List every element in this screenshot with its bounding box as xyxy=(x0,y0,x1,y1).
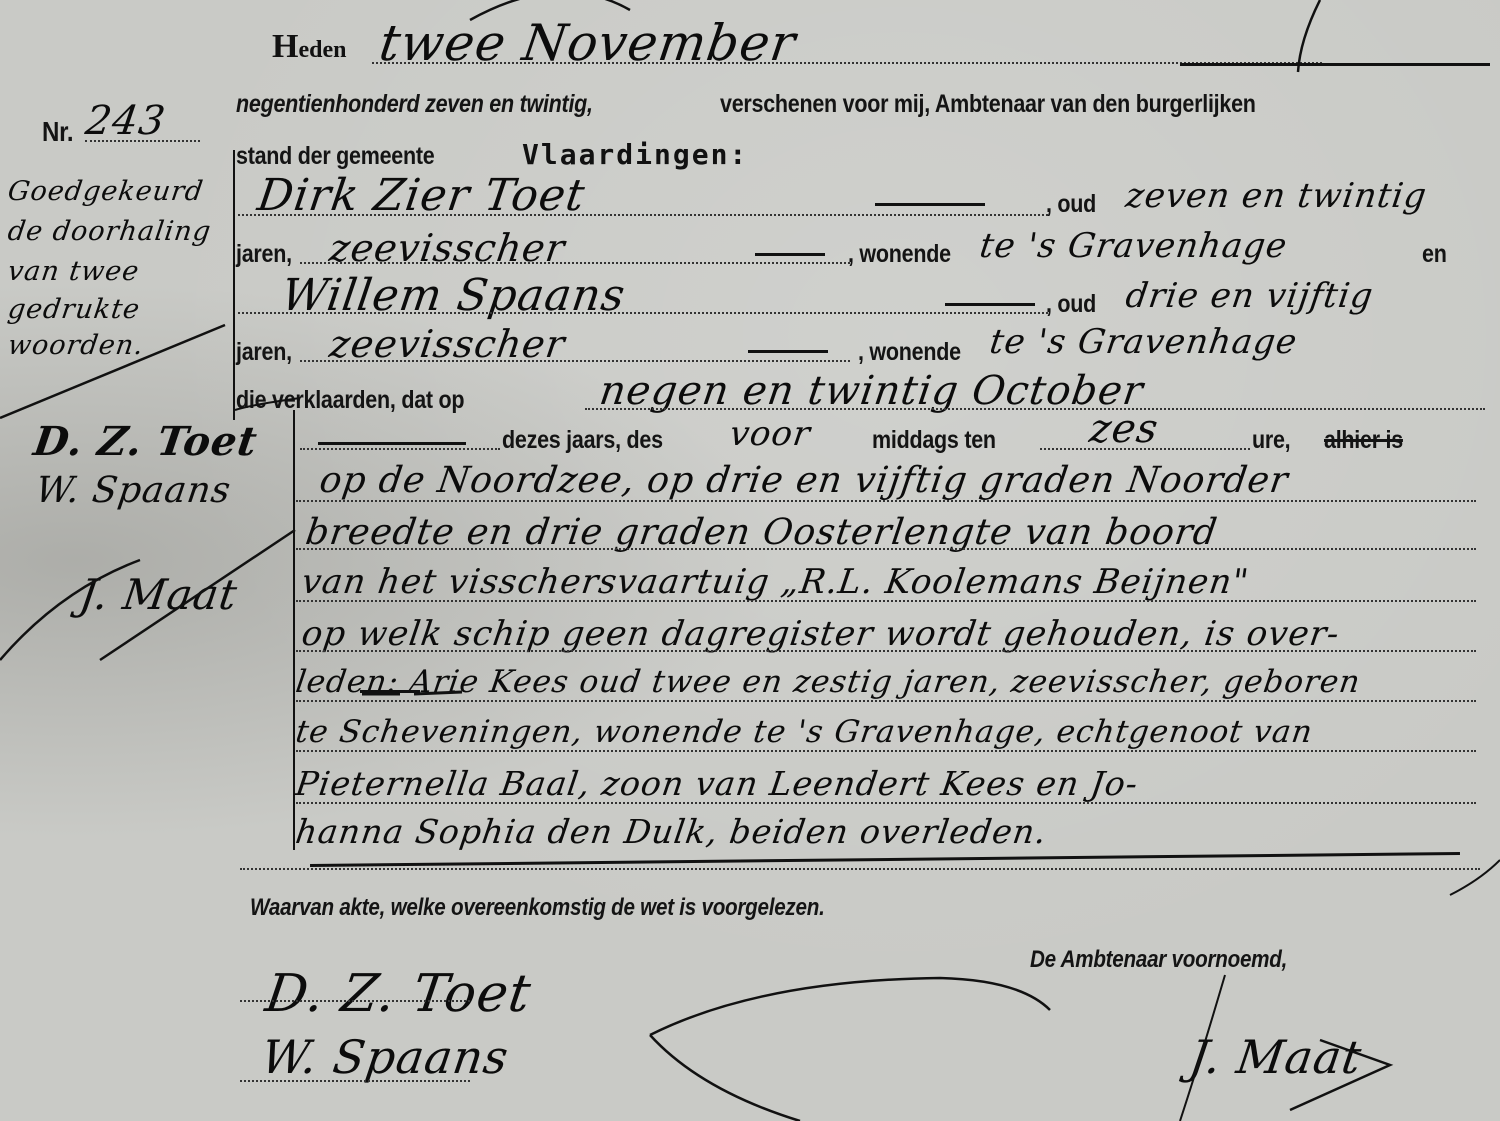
dotline xyxy=(300,262,850,264)
declarant-2-age: drie en vijftig xyxy=(1123,276,1376,316)
body-line: op de Noordzee, op drie en vijftig grade… xyxy=(317,460,1291,501)
printed-text: die verklaarden, dat op xyxy=(236,386,464,415)
margin-note-line: Goedgekeurd xyxy=(5,172,214,212)
year-printed: negentienhonderd zeven en twintig, xyxy=(236,90,593,119)
margin-note-line: gedrukte xyxy=(5,292,213,328)
body-line: op welk schip geen dagregister wordt geh… xyxy=(299,614,1342,654)
body-line: breedte en drie graden Oosterlengte van … xyxy=(303,512,1220,553)
death-hour: zes xyxy=(1087,406,1162,452)
declarant-1-age: zeven en twintig xyxy=(1123,176,1429,216)
parents-line: hanna Sophia den Dulk, beiden overleden. xyxy=(293,812,1049,851)
time-of-day: voor xyxy=(727,414,813,454)
vessel-line: van het visschersvaartuig „R.L. Kooleman… xyxy=(299,562,1251,602)
printed-text: dezes jaars, des xyxy=(502,426,663,455)
printed-text: en xyxy=(1422,240,1447,269)
margin-signature-toet: D. Z. Toet xyxy=(31,418,261,465)
record-number-label: Nr. xyxy=(42,116,73,148)
closing-rule xyxy=(310,852,1460,867)
heden-label: Heden xyxy=(272,28,346,66)
signature-spaans: W. Spaans xyxy=(258,1030,512,1084)
declarant-2-residence: te 's Gravenhage xyxy=(987,322,1300,362)
margin-note-line: woorden. xyxy=(5,328,213,364)
margin-bracket-line xyxy=(233,150,235,420)
dotline xyxy=(296,650,1476,652)
fill-rule xyxy=(945,303,1035,306)
dotline xyxy=(300,360,850,362)
margin-signature-maat: J. Maat xyxy=(77,570,241,619)
signature-toet: D. Z. Toet xyxy=(262,964,535,1024)
fill-rule xyxy=(318,442,466,445)
official-label: De Ambtenaar voornoemd, xyxy=(1030,946,1287,974)
municipality: Vlaardingen: xyxy=(522,138,748,171)
name-underline xyxy=(360,690,420,693)
printed-text: jaren, xyxy=(236,240,292,269)
dotline xyxy=(296,802,1476,804)
fill-rule xyxy=(875,203,985,206)
printed-text: ure, xyxy=(1252,426,1290,455)
margin-note-line: van twee xyxy=(5,252,214,292)
printed-text: jaren, xyxy=(236,338,292,367)
fill-rule xyxy=(755,253,825,256)
signature-dotline xyxy=(240,1080,470,1082)
dotline xyxy=(238,312,1048,314)
struck-printed-words: alhier is xyxy=(1324,426,1403,455)
dotline xyxy=(296,750,1476,752)
dotline xyxy=(240,868,1480,870)
margin-bracket-line xyxy=(293,410,295,850)
deceased-line: leden: Arie Kees oud twee en zestig jare… xyxy=(293,664,1362,700)
parents-line: Pieternella Baal, zoon van Leendert Kees… xyxy=(293,764,1141,803)
margin-signature-spaans: W. Spaans xyxy=(33,470,234,511)
body-line: te Scheveningen, wonende te 's Gravenhag… xyxy=(293,714,1315,750)
printed-text: stand der gemeente xyxy=(236,142,434,171)
dotline xyxy=(296,548,1476,550)
printed-text: , wonende xyxy=(848,240,951,269)
printed-text: , oud xyxy=(1046,290,1096,319)
fill-rule xyxy=(748,350,828,353)
signature-official: J. Maat xyxy=(1186,1030,1365,1084)
signature-dotline xyxy=(240,1000,470,1002)
printed-text: middags ten xyxy=(872,426,996,455)
printed-text: , wonende xyxy=(858,338,961,367)
fill-rule xyxy=(1180,63,1490,66)
declarant-1-residence: te 's Gravenhage xyxy=(977,226,1290,266)
margin-note: Goedgekeurd de doorhaling van twee gedru… xyxy=(8,172,211,364)
margin-note-line: de doorhaling xyxy=(5,212,214,252)
dotline xyxy=(296,500,1476,502)
record-number-dotline xyxy=(85,140,200,142)
printed-text: verschenen voor mij, Ambtenaar van den b… xyxy=(720,90,1256,119)
dotline xyxy=(585,408,1485,410)
dotline xyxy=(300,448,500,450)
closing-statement: Waarvan akte, welke overeenkomstig de we… xyxy=(250,894,825,922)
dotline xyxy=(296,700,1476,702)
dotline xyxy=(238,214,1048,216)
record-number: 243 xyxy=(83,98,169,144)
dotline xyxy=(296,600,1476,602)
printed-text: , oud xyxy=(1046,190,1096,219)
